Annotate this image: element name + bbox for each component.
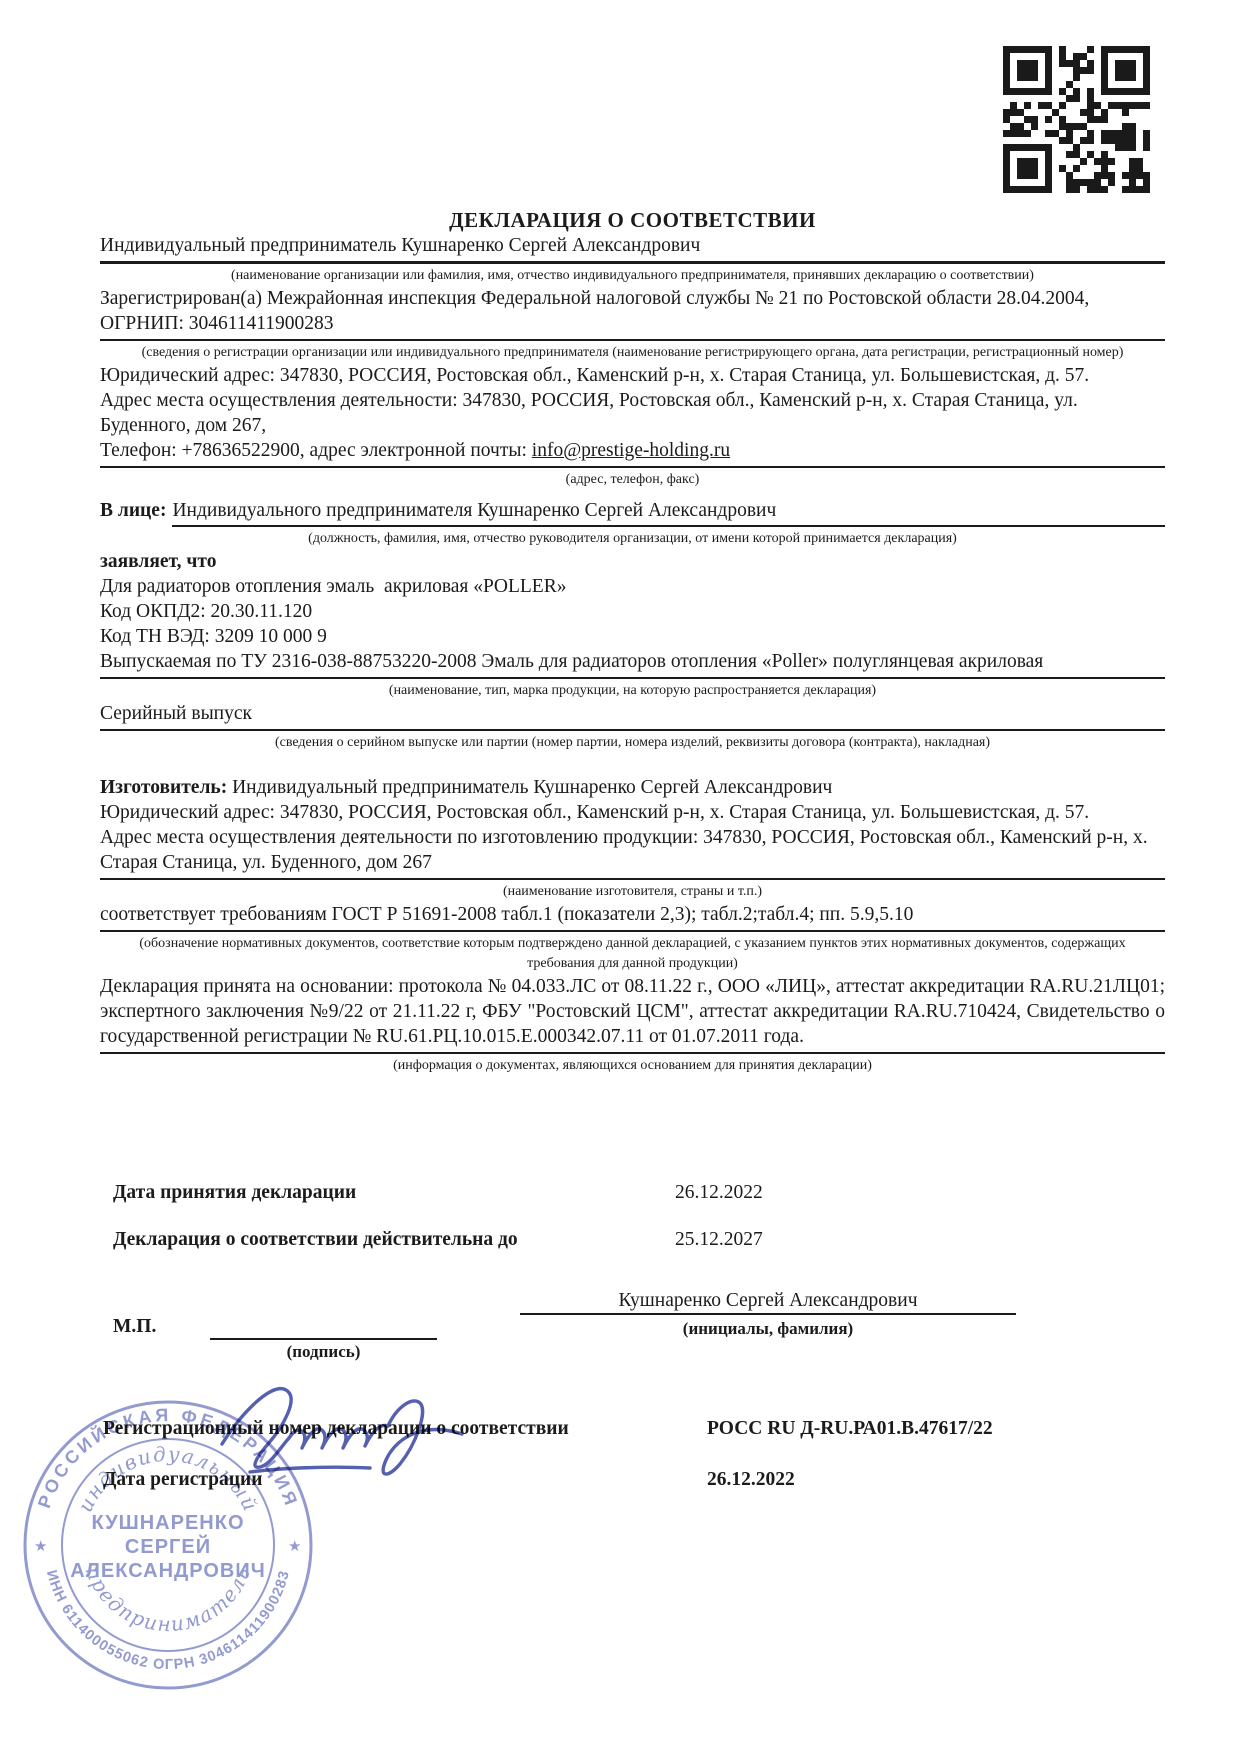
signature-block: М.П. (подпись) Кушнаренко Сергей Алексан… bbox=[100, 1288, 1165, 1366]
registration-number-value: РОСС RU Д-RU.РА01.В.47617/22 bbox=[707, 1416, 993, 1441]
declarant-contacts-block: Юридический адрес: 347830, РОССИЯ, Росто… bbox=[100, 363, 1165, 468]
declarant-registration: Зарегистрирован(а) Межрайонная инспекция… bbox=[100, 286, 1165, 341]
manufacturer-name: Индивидуальный предприниматель Кушнаренк… bbox=[227, 777, 832, 798]
document-page: ДЕКЛАРАЦИЯ О СООТВЕТСТВИИ Индивидуальный… bbox=[0, 0, 1240, 1754]
signature-line bbox=[210, 1288, 437, 1340]
spacer bbox=[100, 753, 1165, 775]
stamp-center-line1: КУШНАРЕНКО bbox=[91, 1512, 244, 1534]
manufacturer-caption: (наименование изготовителя, страны и т.п… bbox=[100, 882, 1165, 902]
stamp-center-line3: АЛЕКСАНДРОВИЧ bbox=[70, 1560, 266, 1582]
representative-row: В лице: Индивидуального предпринимателя … bbox=[100, 498, 1165, 527]
stamp-star-right-icon: ★ bbox=[288, 1538, 301, 1555]
product-name: Для радиаторов отопления эмаль акриловая… bbox=[100, 574, 1165, 599]
contacts-caption: (адрес, телефон, факс) bbox=[100, 470, 1165, 490]
serial-issue: Серийный выпуск bbox=[100, 701, 1165, 731]
signer-name-block: Кушнаренко Сергей Александрович (инициал… bbox=[520, 1288, 1016, 1339]
adoption-date-value: 26.12.2022 bbox=[675, 1180, 763, 1205]
declarant-phone-line: Телефон: +78636522900, адрес электронной… bbox=[100, 438, 1165, 463]
manufacturer-activity-address: Адрес места осуществления деятельности п… bbox=[100, 825, 1165, 875]
product-block: Для радиаторов отопления эмаль акриловая… bbox=[100, 574, 1165, 679]
page-title: ДЕКЛАРАЦИЯ О СООТВЕТСТВИИ bbox=[100, 207, 1165, 233]
phone-text: Телефон: +78636522900, адрес электронной… bbox=[100, 440, 532, 461]
handwritten-signature-icon bbox=[210, 1372, 475, 1490]
declarant-name: Индивидуальный предприниматель Кушнаренк… bbox=[100, 233, 1165, 264]
declarant-legal-address: Юридический адрес: 347830, РОССИЯ, Росто… bbox=[100, 363, 1165, 388]
compliance-caption: (обозначение нормативных документов, соо… bbox=[128, 934, 1138, 974]
product-tnved: Код ТН ВЭД: 3209 10 000 9 bbox=[100, 624, 1165, 649]
adoption-date-row: Дата принятия декларации 26.12.2022 bbox=[113, 1180, 1165, 1205]
signer-name-caption: (инициалы, фамилия) bbox=[520, 1319, 1016, 1339]
adoption-date-label: Дата принятия декларации bbox=[113, 1180, 675, 1205]
signature-caption: (подпись) bbox=[210, 1342, 437, 1362]
stamp-star-left-icon: ★ bbox=[34, 1538, 47, 1555]
representative-label: В лице: bbox=[100, 498, 166, 523]
compliance-line: соответствует требованиям ГОСТ Р 51691-2… bbox=[100, 902, 1165, 932]
representative-caption: (должность, фамилия, имя, отчество руков… bbox=[123, 529, 1143, 549]
representative-value: Индивидуального предпринимателя Кушнарен… bbox=[172, 498, 1165, 527]
email-link[interactable]: info@prestige-holding.ru bbox=[532, 440, 730, 461]
stamp-center-line2: СЕРГЕЙ bbox=[125, 1534, 211, 1558]
dates-block: Дата принятия декларации 26.12.2022 Декл… bbox=[100, 1180, 1165, 1252]
manufacturer-legal-address: Юридический адрес: 347830, РОССИЯ, Росто… bbox=[100, 800, 1165, 825]
declarant-activity-address: Адрес места осуществления деятельности: … bbox=[100, 388, 1165, 438]
valid-until-row: Декларация о соответствии действительна … bbox=[113, 1227, 1165, 1252]
valid-until-value: 25.12.2027 bbox=[675, 1227, 763, 1252]
manufacturer-block: Изготовитель: Индивидуальный предпринима… bbox=[100, 775, 1165, 880]
basis-paragraph: Декларация принята на основании: протоко… bbox=[100, 974, 1165, 1054]
declares-label: заявляет, что bbox=[100, 549, 1165, 574]
manufacturer-name-line: Изготовитель: Индивидуальный предпринима… bbox=[100, 775, 1165, 800]
declarant-registration-caption: (сведения о регистрации организации или … bbox=[133, 343, 1133, 363]
signer-name: Кушнаренко Сергей Александрович bbox=[520, 1288, 1016, 1315]
document-content: ДЕКЛАРАЦИЯ О СООТВЕТСТВИИ Индивидуальный… bbox=[100, 0, 1165, 1492]
signature-graphic bbox=[210, 1372, 475, 1490]
basis-caption: (информация о документах, являющихся осн… bbox=[100, 1056, 1165, 1076]
product-tu: Выпускаемая по ТУ 2316-038-88753220-2008… bbox=[100, 649, 1165, 674]
valid-until-label: Декларация о соответствии действительна … bbox=[113, 1227, 675, 1252]
stamp-place-label: М.П. bbox=[113, 1316, 156, 1338]
serial-caption: (сведения о серийном выпуске или партии … bbox=[118, 733, 1148, 753]
manufacturer-label: Изготовитель: bbox=[100, 777, 227, 798]
declarant-name-caption: (наименование организации или фамилия, и… bbox=[193, 266, 1073, 286]
product-okpd2: Код ОКПД2: 20.30.11.120 bbox=[100, 599, 1165, 624]
registration-date-value: 26.12.2022 bbox=[707, 1467, 795, 1492]
product-caption: (наименование, тип, марка продукции, на … bbox=[100, 681, 1165, 701]
